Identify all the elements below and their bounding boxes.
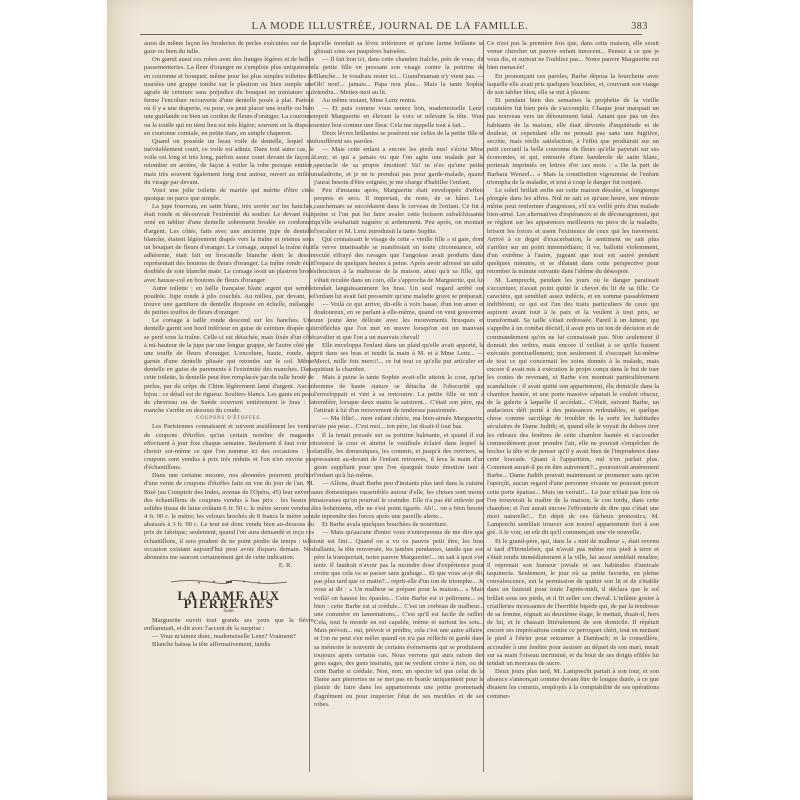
page-number: 383 xyxy=(631,21,648,32)
paragraph: qu'elle mordait sa lèvre inférieure et q… xyxy=(314,40,484,56)
paragraph: Au même instant, Mme Lenz rentra. xyxy=(314,97,484,105)
story-subtitle: Suite. xyxy=(144,608,314,616)
paragraph: Les Parisiennes connaissent et suivent a… xyxy=(144,423,314,472)
paragraph: Et le grand-père, qui, dans la « nuit de… xyxy=(487,538,659,669)
paragraph: Deux jours plus tard, M. Lamprecht parta… xyxy=(487,668,659,701)
paragraph: Autre toilette : en faille française bla… xyxy=(144,285,314,318)
paragraph: Deux lèvres brûlantes se posèrent sur ce… xyxy=(314,130,484,146)
paragraph: M. Lamprecht, pendant les jours où le da… xyxy=(487,277,659,538)
column-left: aussi de même façon les broderies de per… xyxy=(144,40,314,775)
paragraph: Dans une certaine mesure, nos abonnées p… xyxy=(144,472,314,562)
paragraph: Qui connaissait le visage de cette « vie… xyxy=(314,236,484,301)
author-signature: E. R. xyxy=(144,562,314,570)
paragraph: Marguerite ouvrit tout grands ses yeux q… xyxy=(144,617,314,633)
story-section: LA DAME AUX PIERRERIES Suite. Marguerite… xyxy=(144,592,314,649)
header-rule xyxy=(140,34,642,35)
paragraph: Blanche baissa la tête affirmativement, … xyxy=(144,641,314,649)
paragraph: Peu d'instants après, Marguerite était e… xyxy=(314,187,484,236)
paragraph: On garnit aussi ces robes avec des frang… xyxy=(144,56,314,138)
paragraph: Et pendant bien des semaines la prophéti… xyxy=(487,97,659,187)
paragraph: — Vous m'aimez donc, mademoiselle Lenz? … xyxy=(144,633,314,641)
paragraph: Le soleil brillait enfin sur cette maiso… xyxy=(487,187,659,277)
paragraph: En prononçant ces paroles, Barbe déposa … xyxy=(487,73,659,97)
paragraph: aussi de même façon les broderies de per… xyxy=(144,40,314,56)
paragraph: Quand on possède un beau voile de dentel… xyxy=(144,138,314,187)
paragraph: Et Barbe avala quelques bouchées de nour… xyxy=(314,521,484,529)
paragraph: Mais à peine la tante Sophie avait-elle … xyxy=(314,374,484,415)
column-right: Ce n'est pas la première fois que, dans … xyxy=(487,40,659,775)
paragraph: — Il fait bon ici, dans cette chambre fr… xyxy=(314,56,484,97)
paragraph: La jupe fourreau, en satin blanc, très s… xyxy=(144,203,314,285)
section-subhead: COUPONS D'ÉTOFFES. xyxy=(144,415,314,423)
paragraph: — Et puis comme vous sentez bon, mademoi… xyxy=(314,105,484,129)
story-title: LA DAME AUX PIERRERIES xyxy=(144,592,314,608)
paragraph: Elle enveloppa l'enfant dans un plaid qu… xyxy=(314,342,484,375)
column-middle: qu'elle mordait sa lèvre inférieure et q… xyxy=(314,40,484,775)
paragraph: Il la tenait pressée sur sa poitrine hal… xyxy=(314,432,484,481)
paragraph: — Voilà ce qui arrive, dit-elle à voix b… xyxy=(314,301,484,342)
paragraph: — Mais qu'aucune d'entre vous n'entrepre… xyxy=(314,529,484,708)
fashion-article: aussi de même façon les broderies de per… xyxy=(144,40,314,570)
paragraph: — Allons, disait Barbe peu d'instants pl… xyxy=(314,480,484,521)
paragraph: Voici une jolie toilette de mariée qui m… xyxy=(144,187,314,203)
running-title: LA MODE ILLUSTRÉE, JOURNAL DE LA FAMILLE… xyxy=(140,20,640,32)
paragraph: — Mais cette enfant a encore les pieds n… xyxy=(314,146,484,187)
paragraph: Ce n'est pas la première fois que, dans … xyxy=(487,40,659,73)
ornament-divider-icon xyxy=(169,578,289,586)
paragraph: — Ma fille!... mon enfant chérie, ma bie… xyxy=(314,415,484,431)
paragraph: Le corsage à taille ronde descend sur le… xyxy=(144,317,314,415)
